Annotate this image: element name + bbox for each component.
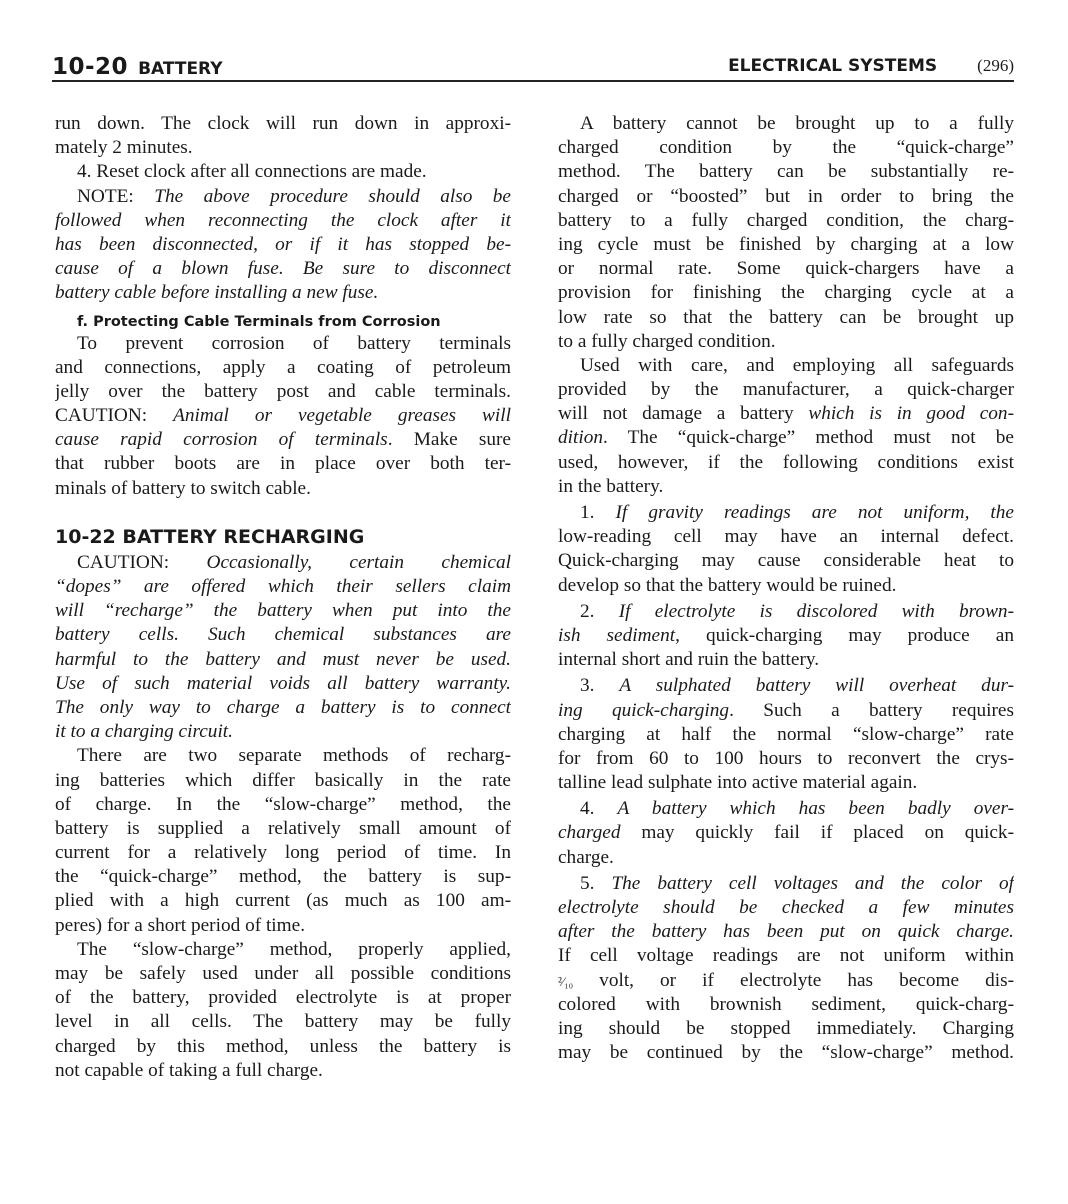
text-line: Used with care, and employing all safegu… — [558, 354, 1014, 378]
text-line: jelly over the battery post and cable te… — [55, 380, 511, 404]
caution-line: Use of such material voids all battery w… — [55, 672, 511, 696]
text-line: after the battery has been put on quick … — [558, 920, 1014, 944]
text-line: low-reading cell may have an internal de… — [558, 525, 1014, 549]
text-line: ing cycle must be finished by charging a… — [558, 233, 1014, 257]
text-line: level in all cells. The battery may be f… — [55, 1010, 511, 1034]
text-line: provided by the manufacturer, a quick-ch… — [558, 378, 1014, 402]
chapter-title: ELECTRICAL SYSTEMS — [728, 56, 937, 76]
text-line: If cell voltage readings are not uniform… — [558, 944, 1014, 968]
note-label: NOTE: — [77, 186, 134, 207]
text-line: develop so that the battery would be rui… — [558, 574, 1014, 598]
caution-line: CAUTION: Occasionally, certain chemical — [55, 551, 511, 575]
condition-3: 3. A sulphated battery will overheat dur… — [558, 674, 1014, 698]
text-line: battery to a fully charged condition, th… — [558, 209, 1014, 233]
text-line: ing quick-charging. Such a battery requi… — [558, 699, 1014, 723]
header-right: ELECTRICAL SYSTEMS(296) — [728, 56, 1014, 76]
text-line: plied with a high current (as much as 10… — [55, 889, 511, 913]
text-line: low rate so that the battery can be brou… — [558, 306, 1014, 330]
text-line: dition. The “quick-charge” method must n… — [558, 426, 1014, 450]
text-line: charged may quickly fail if placed on qu… — [558, 821, 1014, 845]
text-line: ²⁄₁₀ volt, or if electrolyte has become … — [558, 969, 1014, 993]
text-line: To prevent corrosion of battery terminal… — [55, 332, 511, 356]
text-line: charged condition by the “quick-charge” — [558, 136, 1014, 160]
note-line: has been disconnected, or if it has stop… — [55, 233, 511, 257]
text-line: colored with brownish sediment, quick-ch… — [558, 993, 1014, 1017]
caution-line: “dopes” are offered which their sellers … — [55, 575, 511, 599]
text-line: provision for finishing the charging cyc… — [558, 281, 1014, 305]
text-line: of charge. In the “slow-charge” method, … — [55, 793, 511, 817]
caution-label: CAUTION: — [77, 552, 169, 573]
caution-line: CAUTION: Animal or vegetable greases wil… — [55, 404, 511, 428]
text-line: method. The battery can be substantially… — [558, 160, 1014, 184]
caution-label: CAUTION: — [55, 405, 147, 426]
text-line: not capable of taking a full charge. — [55, 1059, 511, 1083]
text-line: A battery cannot be brought up to a full… — [558, 112, 1014, 136]
fraction-two-tenths: ²⁄₁₀ — [558, 974, 573, 989]
text-line: ish sediment, quick-charging may produce… — [558, 624, 1014, 648]
right-column: A battery cannot be brought up to a full… — [558, 112, 1014, 1065]
text-line: for from 60 to 100 hours to reconvert th… — [558, 747, 1014, 771]
text-line: charged by this method, unless the batte… — [55, 1035, 511, 1059]
text-line: The “slow-charge” method, properly appli… — [55, 938, 511, 962]
text-line: used, however, if the following conditio… — [558, 451, 1014, 475]
text-line: talline lead sulphate into active materi… — [558, 771, 1014, 795]
section-title: BATTERY — [138, 59, 222, 79]
note-line: followed when reconnecting the clock aft… — [55, 209, 511, 233]
caution-line: battery cells. Such chemical substances … — [55, 623, 511, 647]
text-line: charged or “boosted” but in order to bri… — [558, 185, 1014, 209]
step-4: 4. Reset clock after all connections are… — [55, 160, 511, 184]
condition-2: 2. If electrolyte is discolored with bro… — [558, 600, 1014, 624]
caution-line: will “recharge” the battery when put int… — [55, 599, 511, 623]
text-line: There are two separate methods of rechar… — [55, 744, 511, 768]
text-line: electrolyte should be checked a few minu… — [558, 896, 1014, 920]
text-line: will not damage a battery which is in go… — [558, 402, 1014, 426]
section-number: 10-20 — [52, 54, 128, 80]
text-line: in the battery. — [558, 475, 1014, 499]
subheading-protecting-terminals: f. Protecting Cable Terminals from Corro… — [55, 306, 511, 332]
text-line: charge. — [558, 846, 1014, 870]
text-line: and connections, apply a coating of petr… — [55, 356, 511, 380]
text-line: or normal rate. Some quick-chargers have… — [558, 257, 1014, 281]
note-line: battery cable before installing a new fu… — [55, 281, 511, 305]
header-left: 10-20BATTERY — [52, 54, 223, 80]
page-header: 10-20BATTERY ELECTRICAL SYSTEMS(296) — [52, 52, 1014, 82]
text-line: charging at half the normal “slow-charge… — [558, 723, 1014, 747]
text-line: of the battery, provided electrolyte is … — [55, 986, 511, 1010]
header-rule — [52, 80, 1014, 82]
text-line: current for a relatively long period of … — [55, 841, 511, 865]
page-number: (296) — [977, 56, 1014, 75]
note-line: cause of a blown fuse. Be sure to discon… — [55, 257, 511, 281]
text-line: battery is supplied a relatively small a… — [55, 817, 511, 841]
caution-line: The only way to charge a battery is to c… — [55, 696, 511, 720]
text-line: peres) for a short period of time. — [55, 914, 511, 938]
text-line: to a fully charged condition. — [558, 330, 1014, 354]
condition-5: 5. The battery cell voltages and the col… — [558, 872, 1014, 896]
text-line: the “quick-charge” method, the battery i… — [55, 865, 511, 889]
text-line: minals of battery to switch cable. — [55, 477, 511, 501]
text-line: may be continued by the “slow-charge” me… — [558, 1041, 1014, 1065]
condition-1: 1. If gravity readings are not uniform, … — [558, 501, 1014, 525]
left-column: run down. The clock will run down in app… — [55, 112, 511, 1083]
note-line: NOTE: The above procedure should also be — [55, 185, 511, 209]
text-line: Quick-charging may cause considerable he… — [558, 549, 1014, 573]
caution-line: cause rapid corrosion of terminals. Make… — [55, 428, 511, 452]
condition-4: 4. A battery which has been badly over- — [558, 797, 1014, 821]
caution-line: harmful to the battery and must never be… — [55, 648, 511, 672]
text-line: ing batteries which differ basically in … — [55, 769, 511, 793]
text-line: internal short and ruin the battery. — [558, 648, 1014, 672]
text-line: mately 2 minutes. — [55, 136, 511, 160]
section-heading-battery-recharging: 10-22 BATTERY RECHARGING — [55, 501, 511, 551]
text-line: that rubber boots are in place over both… — [55, 452, 511, 476]
text-line: run down. The clock will run down in app… — [55, 112, 511, 136]
text-line: may be safely used under all possible co… — [55, 962, 511, 986]
caution-line: it to a charging circuit. — [55, 720, 511, 744]
text-line: ing should be stopped immediately. Charg… — [558, 1017, 1014, 1041]
